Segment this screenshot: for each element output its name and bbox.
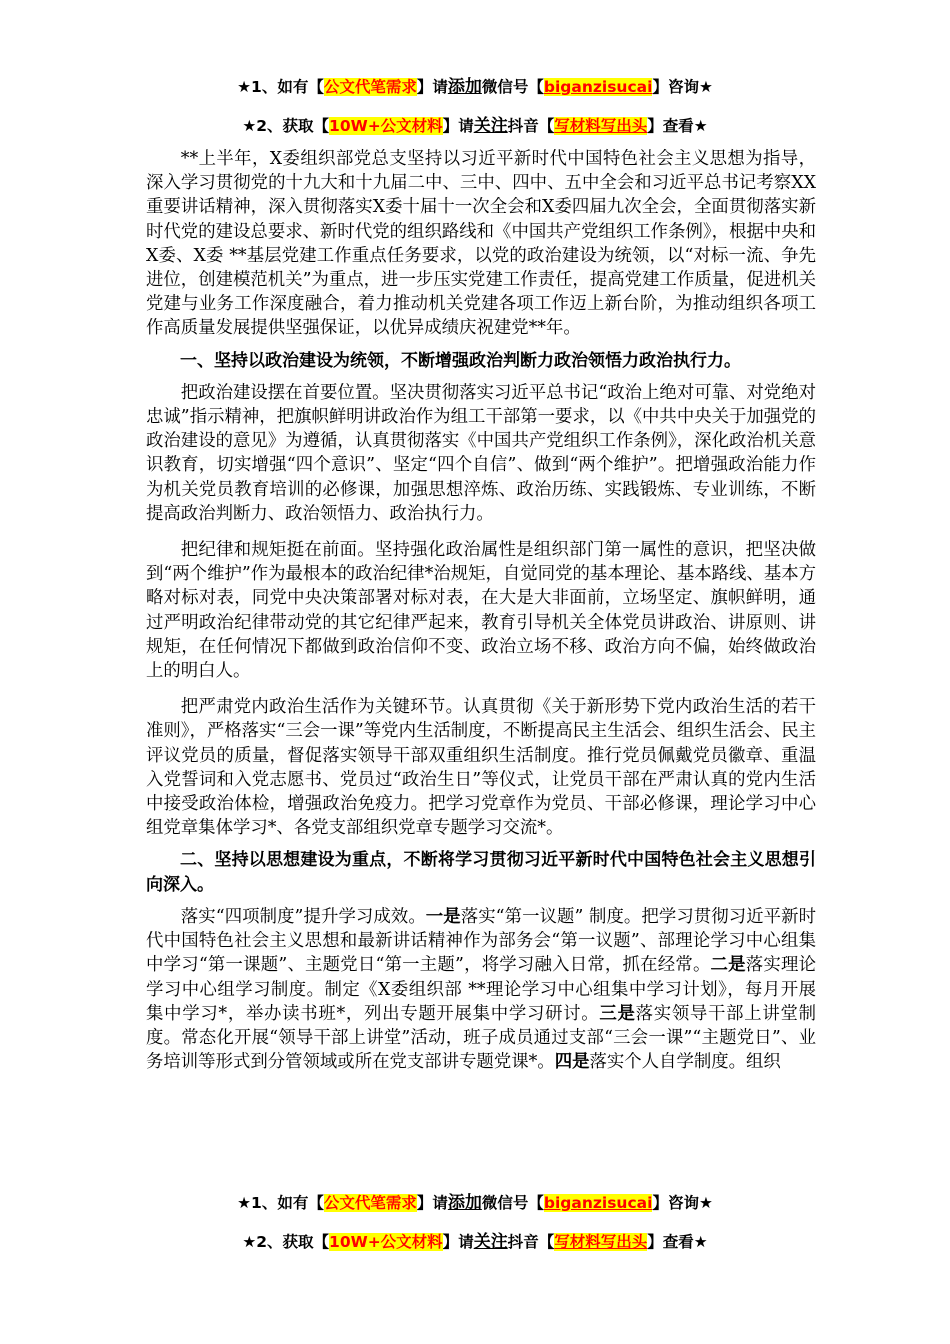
paragraph-four-systems: 落实“四项制度”提升学习成效。一是落实“第一议题” 制度。把学习贯彻习近平新时代…	[146, 905, 816, 1074]
banner-text: 】请	[443, 117, 474, 135]
bold-marker: 三是	[599, 1004, 635, 1024]
underlined-text: 关注	[474, 116, 508, 136]
underlined-text: 添加	[448, 77, 482, 97]
wechat-id: biganzisucai	[544, 78, 653, 96]
banner-text: 微信号【	[482, 1194, 544, 1212]
banner-text: ★2、获取【	[242, 1233, 329, 1251]
text-run: 落实“四项制度”提升学习成效。	[181, 907, 426, 927]
banner-text: 】请	[417, 78, 448, 96]
highlight-text: 公文代笔需求	[324, 78, 417, 96]
underlined-text: 添加	[448, 1193, 482, 1213]
intro-paragraph: **上半年，X委组织部党总支坚持以习近平新时代中国特色社会主义思想为指导，深入学…	[146, 147, 816, 341]
banner-text: 微信号【	[482, 78, 544, 96]
highlight-text: 10W+公文材料	[329, 1233, 443, 1251]
promo-banner-bottom-line1: ★1、如有【公文代笔需求】请添加微信号【biganzisucai】咨询★	[0, 1188, 950, 1213]
bold-marker: 二是	[711, 955, 746, 975]
bold-marker: 四是	[555, 1052, 590, 1072]
document-body: **上半年，X委组织部党总支坚持以习近平新时代中国特色社会主义思想为指导，深入学…	[146, 147, 816, 1074]
paragraph-discipline: 把纪律和规矩挺在前面。坚持强化政治属性是组织部门第一属性的意识，把坚决做到“两个…	[146, 538, 816, 683]
banner-text: ★1、如有【	[237, 78, 324, 96]
banner-text: 】咨询★	[652, 78, 712, 96]
banner-text: 】查看★	[647, 117, 707, 135]
banner-text: 】请	[443, 1233, 474, 1251]
banner-text: 】查看★	[647, 1233, 707, 1251]
promo-banner-bottom-line2: ★2、获取【10W+公文材料】请关注抖音【写材料写出头】查看★	[0, 1227, 950, 1252]
highlight-text: 10W+公文材料	[329, 117, 443, 135]
underlined-text: 关注	[474, 1232, 508, 1252]
douyin-id: 写材料写出头	[554, 117, 647, 135]
text-run: 落实个人自学制度。组织	[589, 1052, 780, 1072]
highlight-text: 公文代笔需求	[324, 1194, 417, 1212]
banner-text: 】咨询★	[652, 1194, 712, 1212]
promo-banner-top-line1: ★1、如有【公文代笔需求】请添加微信号【biganzisucai】咨询★	[0, 72, 950, 97]
section-heading-2: 二、坚持以思想建设为重点，不断将学习贯彻习近平新时代中国特色社会主义思想引向深入…	[146, 848, 816, 896]
promo-banner-top-line2: ★2、获取【10W+公文材料】请关注抖音【写材料写出头】查看★	[0, 111, 950, 136]
paragraph-party-life: 把严肃党内政治生活作为关键环节。认真贯彻《关于新形势下党内政治生活的若干准则》，…	[146, 695, 816, 840]
banner-text: 抖音【	[508, 1233, 555, 1251]
bold-marker: 一是	[426, 907, 461, 927]
banner-text: ★1、如有【	[237, 1194, 324, 1212]
banner-text: 】请	[417, 1194, 448, 1212]
wechat-id: biganzisucai	[544, 1194, 653, 1212]
banner-text: 抖音【	[508, 117, 555, 135]
douyin-id: 写材料写出头	[554, 1233, 647, 1251]
banner-text: ★2、获取【	[242, 117, 329, 135]
paragraph-political-construction: 把政治建设摆在首要位置。坚决贯彻落实习近平总书记“政治上绝对可靠、对党绝对忠诚”…	[146, 381, 816, 526]
section-heading-1: 一、坚持以政治建设为统领，不断增强政治判断力政治领悟力政治执行力。	[146, 349, 816, 373]
